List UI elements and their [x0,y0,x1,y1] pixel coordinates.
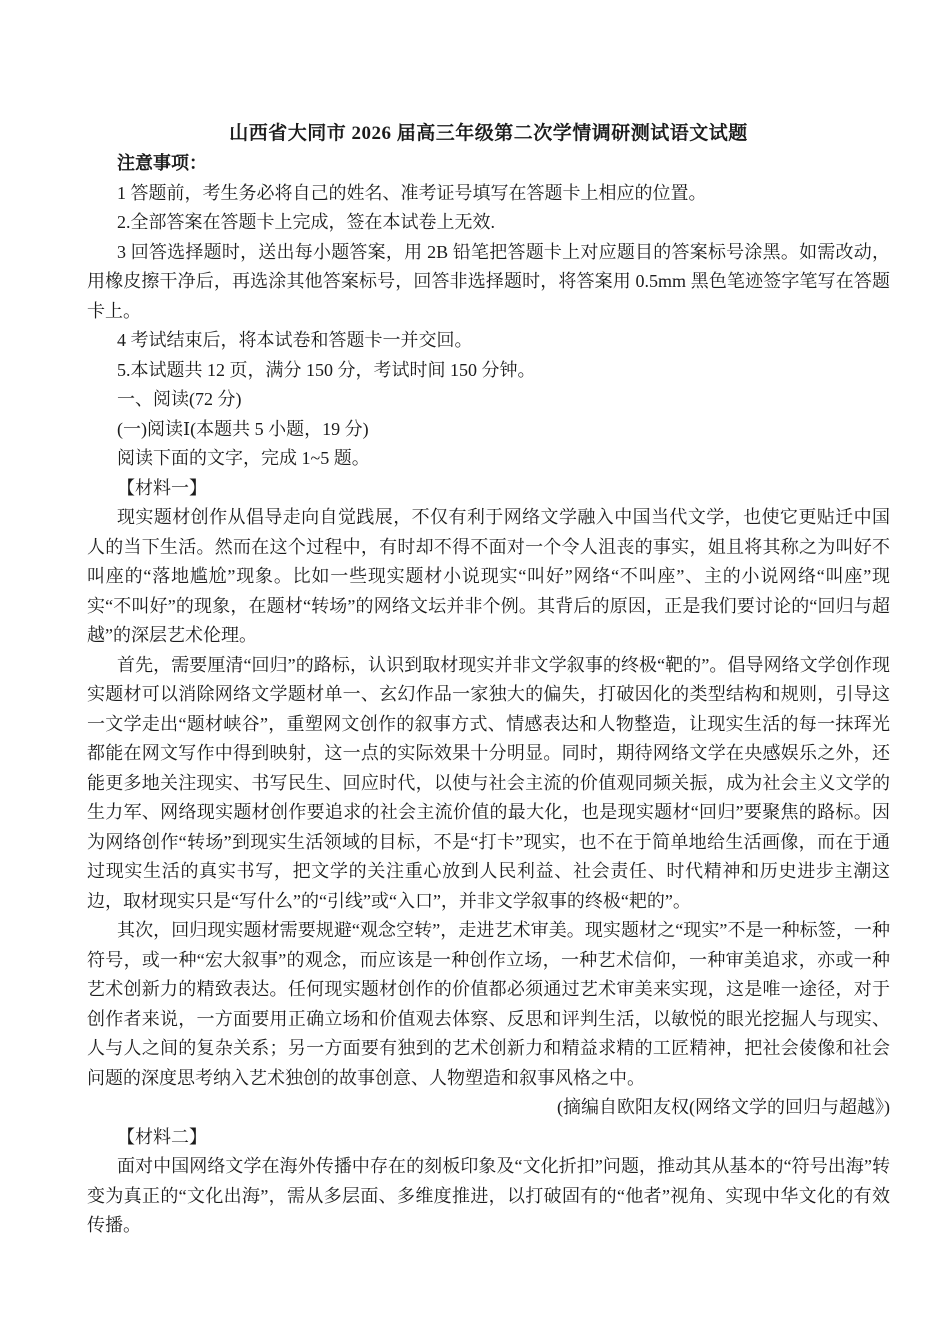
material-one-paragraph-2: 首先，需要厘清“回归”的路标，认识到取材现实并非文学叙事的终极“靶的”。倡导网络… [87,651,890,917]
notice-item-3: 3 回答选择题时，送出每小题答案，用 2B 铅笔把答题卡上对应题目的答案标号涂黑… [87,238,890,327]
notice-heading: 注意事项： [87,149,890,179]
material-two-label: 【材料二】 [87,1123,890,1153]
subsection-heading-reading-1: (一)阅读Ⅰ(本题共 5 小题，19 分) [87,415,890,445]
notice-item-1: 1 答题前，考生务必将自己的姓名、准考证号填写在答题卡上相应的位置。 [87,179,890,209]
material-one-paragraph-1: 现实题材创作从倡导走向自觉践展，不仅有利于网络文学融入中国当代文学，也使它更贴迁… [87,503,890,651]
material-one-label: 【材料一】 [87,474,890,504]
material-one-paragraph-3: 其次，回归现实题材需要规避“观念空转”，走进艺术审美。现实题材之“现实”不是一种… [87,916,890,1093]
material-two-paragraph-1: 面对中国网络文学在海外传播中存在的刻板印象及“文化折扣”问题，推动其从基本的“符… [87,1152,890,1241]
reading-instruction: 阅读下面的文字，完成 1~5 题。 [87,444,890,474]
notice-item-2: 2.全部答案在答题卡上完成，签在本试卷上无效. [87,208,890,238]
notice-item-5: 5.本试题共 12 页，满分 150 分，考试时间 150 分钟。 [87,356,890,386]
page-title: 山西省大同市 2026 届高三年级第二次学情调研测试语文试题 [87,119,890,149]
notice-item-4: 4 考试结束后，将本试卷和答题卡一并交回。 [87,326,890,356]
section-heading-reading: 一、阅读(72 分) [87,385,890,415]
exam-paper-page: 山西省大同市 2026 届高三年级第二次学情调研测试语文试题 注意事项： 1 答… [0,0,950,1344]
material-one-attribution: (摘编自欧阳友权(网络文学的回归与超越》) [87,1093,890,1123]
